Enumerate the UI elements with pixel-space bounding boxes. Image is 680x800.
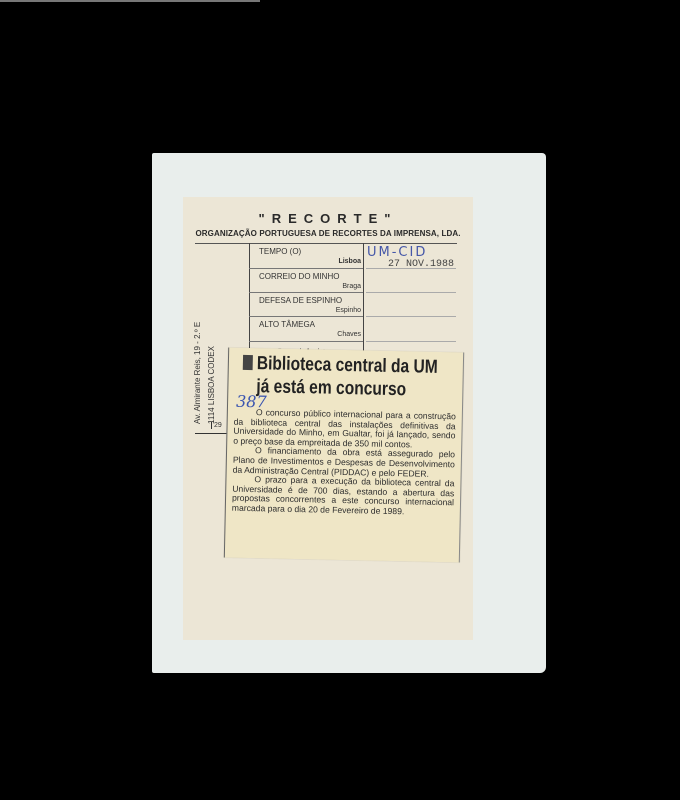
publication-row: CORREIO DO MINHO Braga — [255, 270, 361, 290]
right-rule — [366, 316, 456, 317]
address-block: Av. Almirante Reis, 19 - 2.º E 1114 LISB… — [191, 264, 219, 424]
article-body: O concurso público internacional para a … — [232, 408, 456, 518]
row-divider — [249, 268, 363, 269]
row-divider — [249, 341, 363, 342]
slip-title: "RECORTE" — [183, 211, 473, 226]
headline-bullet-icon — [243, 355, 253, 370]
address-line-1: Av. Almirante Reis, 19 - 2.º E — [191, 264, 205, 424]
publication-row: ALTO TÂMEGA Chaves — [255, 318, 361, 338]
organization-name: ORGANIZAÇÃO PORTUGUESA DE RECORTES DA IM… — [183, 229, 473, 238]
column-divider-left — [249, 243, 250, 353]
column-divider-right — [363, 243, 364, 353]
handwritten-code: UM-CID — [367, 245, 427, 260]
page-number: 29 — [211, 422, 222, 429]
publication-row: DEFESA DE ESPINHO Espinho — [255, 294, 361, 314]
publication-row: TEMPO (O) Lisboa — [255, 245, 361, 265]
scan-edge-line — [0, 0, 260, 2]
row-divider — [249, 292, 363, 293]
newspaper-clipping: Biblioteca central da UM já está em conc… — [224, 348, 464, 563]
date-stamp: 27 NOV.1988 — [388, 259, 454, 270]
article-paragraph: O concurso público internacional para a … — [233, 408, 456, 451]
right-rule — [366, 341, 456, 342]
row-divider — [249, 316, 363, 317]
article-paragraph: O prazo para a execução da biblioteca ce… — [232, 475, 455, 518]
article-headline: Biblioteca central da UM já está em conc… — [242, 352, 464, 403]
address-line-2: 1114 LISBOA CODEX — [205, 264, 219, 424]
right-rule — [366, 292, 456, 293]
header-rule — [195, 243, 457, 244]
